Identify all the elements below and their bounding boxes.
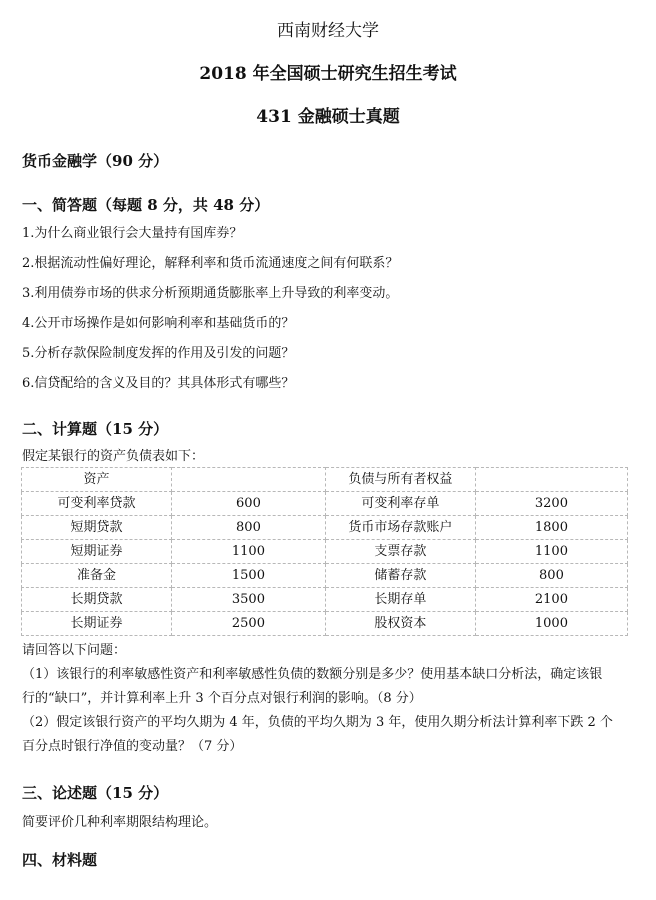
asset-value: 1500 (171, 564, 325, 588)
section3-title: 三、论述题（15 分） (22, 784, 168, 802)
sub-question-1-line-1: （1）该银行的利率敏感性资产和利率敏感性负债的数额分别是多少？使用基本缺口分析法… (22, 663, 634, 687)
question-3: 3.利用债券市场的供求分析预期通货膨胀率上升导致的利率变动。 (22, 286, 398, 302)
table-row: 可变利率贷款 600 可变利率存单 3200 (22, 492, 628, 516)
liability-value: 1100 (475, 540, 627, 564)
essay-question: 简要评价几种利率期限结构理论。 (22, 815, 217, 831)
asset-name: 长期证券 (22, 612, 172, 636)
table-row: 长期贷款 3500 长期存单 2100 (22, 588, 628, 612)
university-title: 西南财经大学 (0, 21, 656, 41)
exam-page: 西南财经大学 2018 年全国硕士研究生招生考试 431 金融硕士真题 货币金融… (0, 0, 656, 900)
table-header-row: 资产 负债与所有者权益 (22, 468, 628, 492)
asset-name: 准备金 (22, 564, 172, 588)
liability-value: 800 (475, 564, 627, 588)
asset-value: 2500 (171, 612, 325, 636)
table-row: 准备金 1500 储蓄存款 800 (22, 564, 628, 588)
table-row: 短期证券 1100 支票存款 1100 (22, 540, 628, 564)
section2-title: 二、计算题（15 分） (22, 420, 168, 438)
sub-question-1-line-2: 行的“缺口”，并计算利率上升 3 个百分点对银行利润的影响。（8 分） (22, 687, 634, 711)
liability-name: 支票存款 (325, 540, 475, 564)
question-2: 2.根据流动性偏好理论，解释利率和货币流通速度之间有何联系？ (22, 256, 398, 272)
question-4: 4.公开市场操作是如何影响利率和基础货币的？ (22, 316, 294, 332)
asset-name: 长期贷款 (22, 588, 172, 612)
table-intro: 假定某银行的资产负债表如下： (22, 449, 204, 465)
header-assets-value (171, 468, 325, 492)
liability-value: 2100 (475, 588, 627, 612)
asset-name: 可变利率贷款 (22, 492, 172, 516)
question-1: 1.为什么商业银行会大量持有国库券？ (22, 226, 242, 242)
asset-value: 3500 (171, 588, 325, 612)
liability-name: 长期存单 (325, 588, 475, 612)
asset-name: 短期证券 (22, 540, 172, 564)
table-row: 长期证券 2500 股权资本 1000 (22, 612, 628, 636)
header-assets: 资产 (22, 468, 172, 492)
section4-title: 四、材料题 (22, 851, 97, 869)
sub-question-2-line-2: 百分点时银行净值的变动量？（7 分） (22, 735, 634, 759)
sub-question-2: （2）假定该银行资产的平均久期为 4 年，负债的平均久期为 3 年，使用久期分析… (22, 711, 634, 759)
header-liabilities-value (475, 468, 627, 492)
asset-value: 800 (171, 516, 325, 540)
liability-name: 货币市场存款账户 (325, 516, 475, 540)
header-liabilities: 负债与所有者权益 (325, 468, 475, 492)
liability-name: 股权资本 (325, 612, 475, 636)
sub-question-1: （1）该银行的利率敏感性资产和利率敏感性负债的数额分别是多少？使用基本缺口分析法… (22, 663, 634, 711)
liability-value: 1800 (475, 516, 627, 540)
table-row: 短期贷款 800 货币市场存款账户 1800 (22, 516, 628, 540)
liability-name: 可变利率存单 (325, 492, 475, 516)
liability-name: 储蓄存款 (325, 564, 475, 588)
liability-value: 3200 (475, 492, 627, 516)
exam-title: 2018 年全国硕士研究生招生考试 (0, 64, 656, 84)
balance-sheet-table: 资产 负债与所有者权益 可变利率贷款 600 可变利率存单 3200 短期贷款 … (21, 467, 628, 636)
question-6: 6.信贷配给的含义及目的？其具体形式有哪些？ (22, 376, 294, 392)
asset-value: 600 (171, 492, 325, 516)
sub-question-2-line-1: （2）假定该银行资产的平均久期为 4 年，负债的平均久期为 3 年，使用久期分析… (22, 711, 634, 735)
liability-value: 1000 (475, 612, 627, 636)
answer-prompt: 请回答以下问题： (22, 643, 126, 659)
question-5: 5.分析存款保险制度发挥的作用及引发的问题？ (22, 346, 294, 362)
section1-title: 一、简答题（每题 8 分，共 48 分） (22, 196, 269, 214)
part-title: 货币金融学（90 分） (22, 152, 168, 170)
paper-title: 431 金融硕士真题 (0, 107, 656, 127)
asset-name: 短期贷款 (22, 516, 172, 540)
asset-value: 1100 (171, 540, 325, 564)
